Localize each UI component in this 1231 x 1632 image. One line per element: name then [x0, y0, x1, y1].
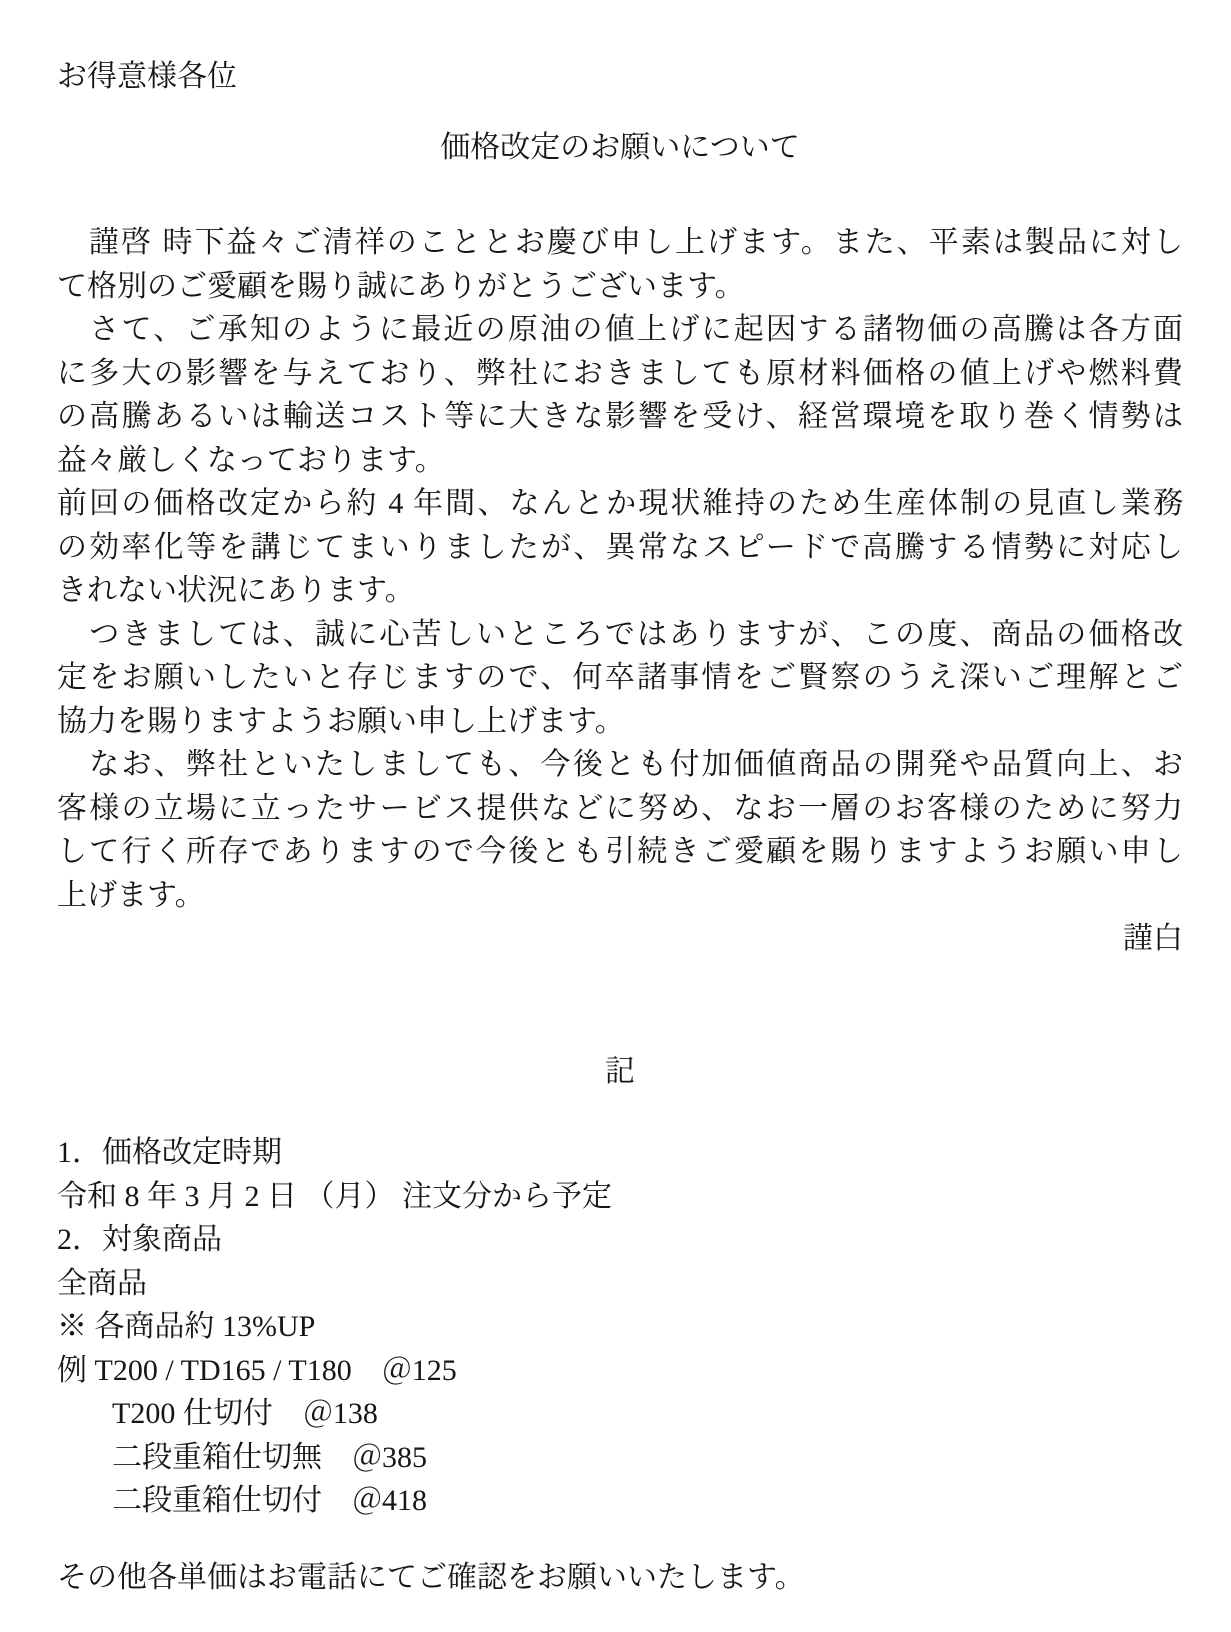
vertical-gap [57, 1523, 1183, 1556]
paragraph-line: して行く所存でありますので今後とも引続きご愛顧を賜りますようお願い申し [57, 830, 1183, 874]
paragraph-line: の効率化等を講じてまいりましたが、異常なスピードで高騰する情勢に対応し [57, 526, 1183, 570]
record-marker: 記 [57, 1050, 1183, 1094]
paragraph-line: さて、ご承知のように最近の原油の値上げに起因する諸物価の高騰は各方面 [57, 308, 1183, 352]
paragraph-line: きれない状況にあります。 [57, 569, 1183, 613]
notice-line: 例 T200 / TD165 / T180 ＠125 [57, 1349, 1183, 1393]
notice-line: 二段重箱仕切付 ＠418 [57, 1479, 1183, 1523]
notice-line: 全商品 [57, 1262, 1183, 1306]
paragraph-line: 客様の立場に立ったサービス提供などに努め、なお一層のお客様のために努力 [57, 787, 1183, 831]
letter-page: お得意様各位 価格改定のお願いについて 謹啓 時下益々ご清祥のこととお慶び申し上… [0, 0, 1231, 1632]
paragraph-line: 定をお願いしたいと存じますので、何卒諸事情をご賢察のうえ深いご理解とご [57, 656, 1183, 700]
letter-body: 謹啓 時下益々ご清祥のこととお慶び申し上げます。また、平素は製品に対して格別のご… [57, 221, 1183, 917]
paragraph-line: 謹啓 時下益々ご清祥のこととお慶び申し上げます。また、平素は製品に対し [57, 221, 1183, 265]
vertical-gap [57, 99, 1183, 126]
document-title: 価格改定のお願いについて [57, 126, 1183, 170]
vertical-gap [57, 961, 1183, 1050]
paragraph-line: の高騰あるいは輸送コスト等に大きな影響を受け、経営環境を取り巻く情勢は [57, 395, 1183, 439]
notice-line: ※ 各商品約 13%UP [57, 1305, 1183, 1349]
paragraph-line: 協力を賜りますようお願い申し上げます。 [57, 700, 1183, 744]
notice-line: 2．対象商品 [57, 1218, 1183, 1262]
closing-salutation: 謹白 [57, 917, 1183, 961]
paragraph-line: 益々厳しくなっております。 [57, 439, 1183, 483]
paragraph-line: つきましては、誠に心苦しいところではありますが、この度、商品の価格改 [57, 613, 1183, 657]
notice-details: 1．価格改定時期令和 8 年 3 月 2 日 （月） 注文分から予定2．対象商品… [57, 1131, 1183, 1523]
notice-line: T200 仕切付 ＠138 [57, 1392, 1183, 1436]
vertical-gap [57, 169, 1183, 221]
paragraph-line: に多大の影響を与えており、弊社におきましても原材料価格の値上げや燃料費 [57, 352, 1183, 396]
notice-line: 1．価格改定時期 [57, 1131, 1183, 1175]
recipient-line: お得意様各位 [57, 55, 1183, 99]
paragraph-line: 上げます。 [57, 874, 1183, 918]
footer-note: その他各単価はお電話にてご確認をお願いいたします。 [57, 1556, 1183, 1600]
notice-line: 二段重箱仕切無 ＠385 [57, 1436, 1183, 1480]
paragraph-line: なお、弊社といたしましても、今後とも付加価値商品の開発や品質向上、お [57, 743, 1183, 787]
paragraph-line: て格別のご愛顧を賜り誠にありがとうございます。 [57, 265, 1183, 309]
paragraph-line: 前回の価格改定から約 4 年間、なんとか現状維持のため生産体制の見直し業務 [57, 482, 1183, 526]
vertical-gap [57, 1093, 1183, 1131]
notice-line: 令和 8 年 3 月 2 日 （月） 注文分から予定 [57, 1175, 1183, 1219]
